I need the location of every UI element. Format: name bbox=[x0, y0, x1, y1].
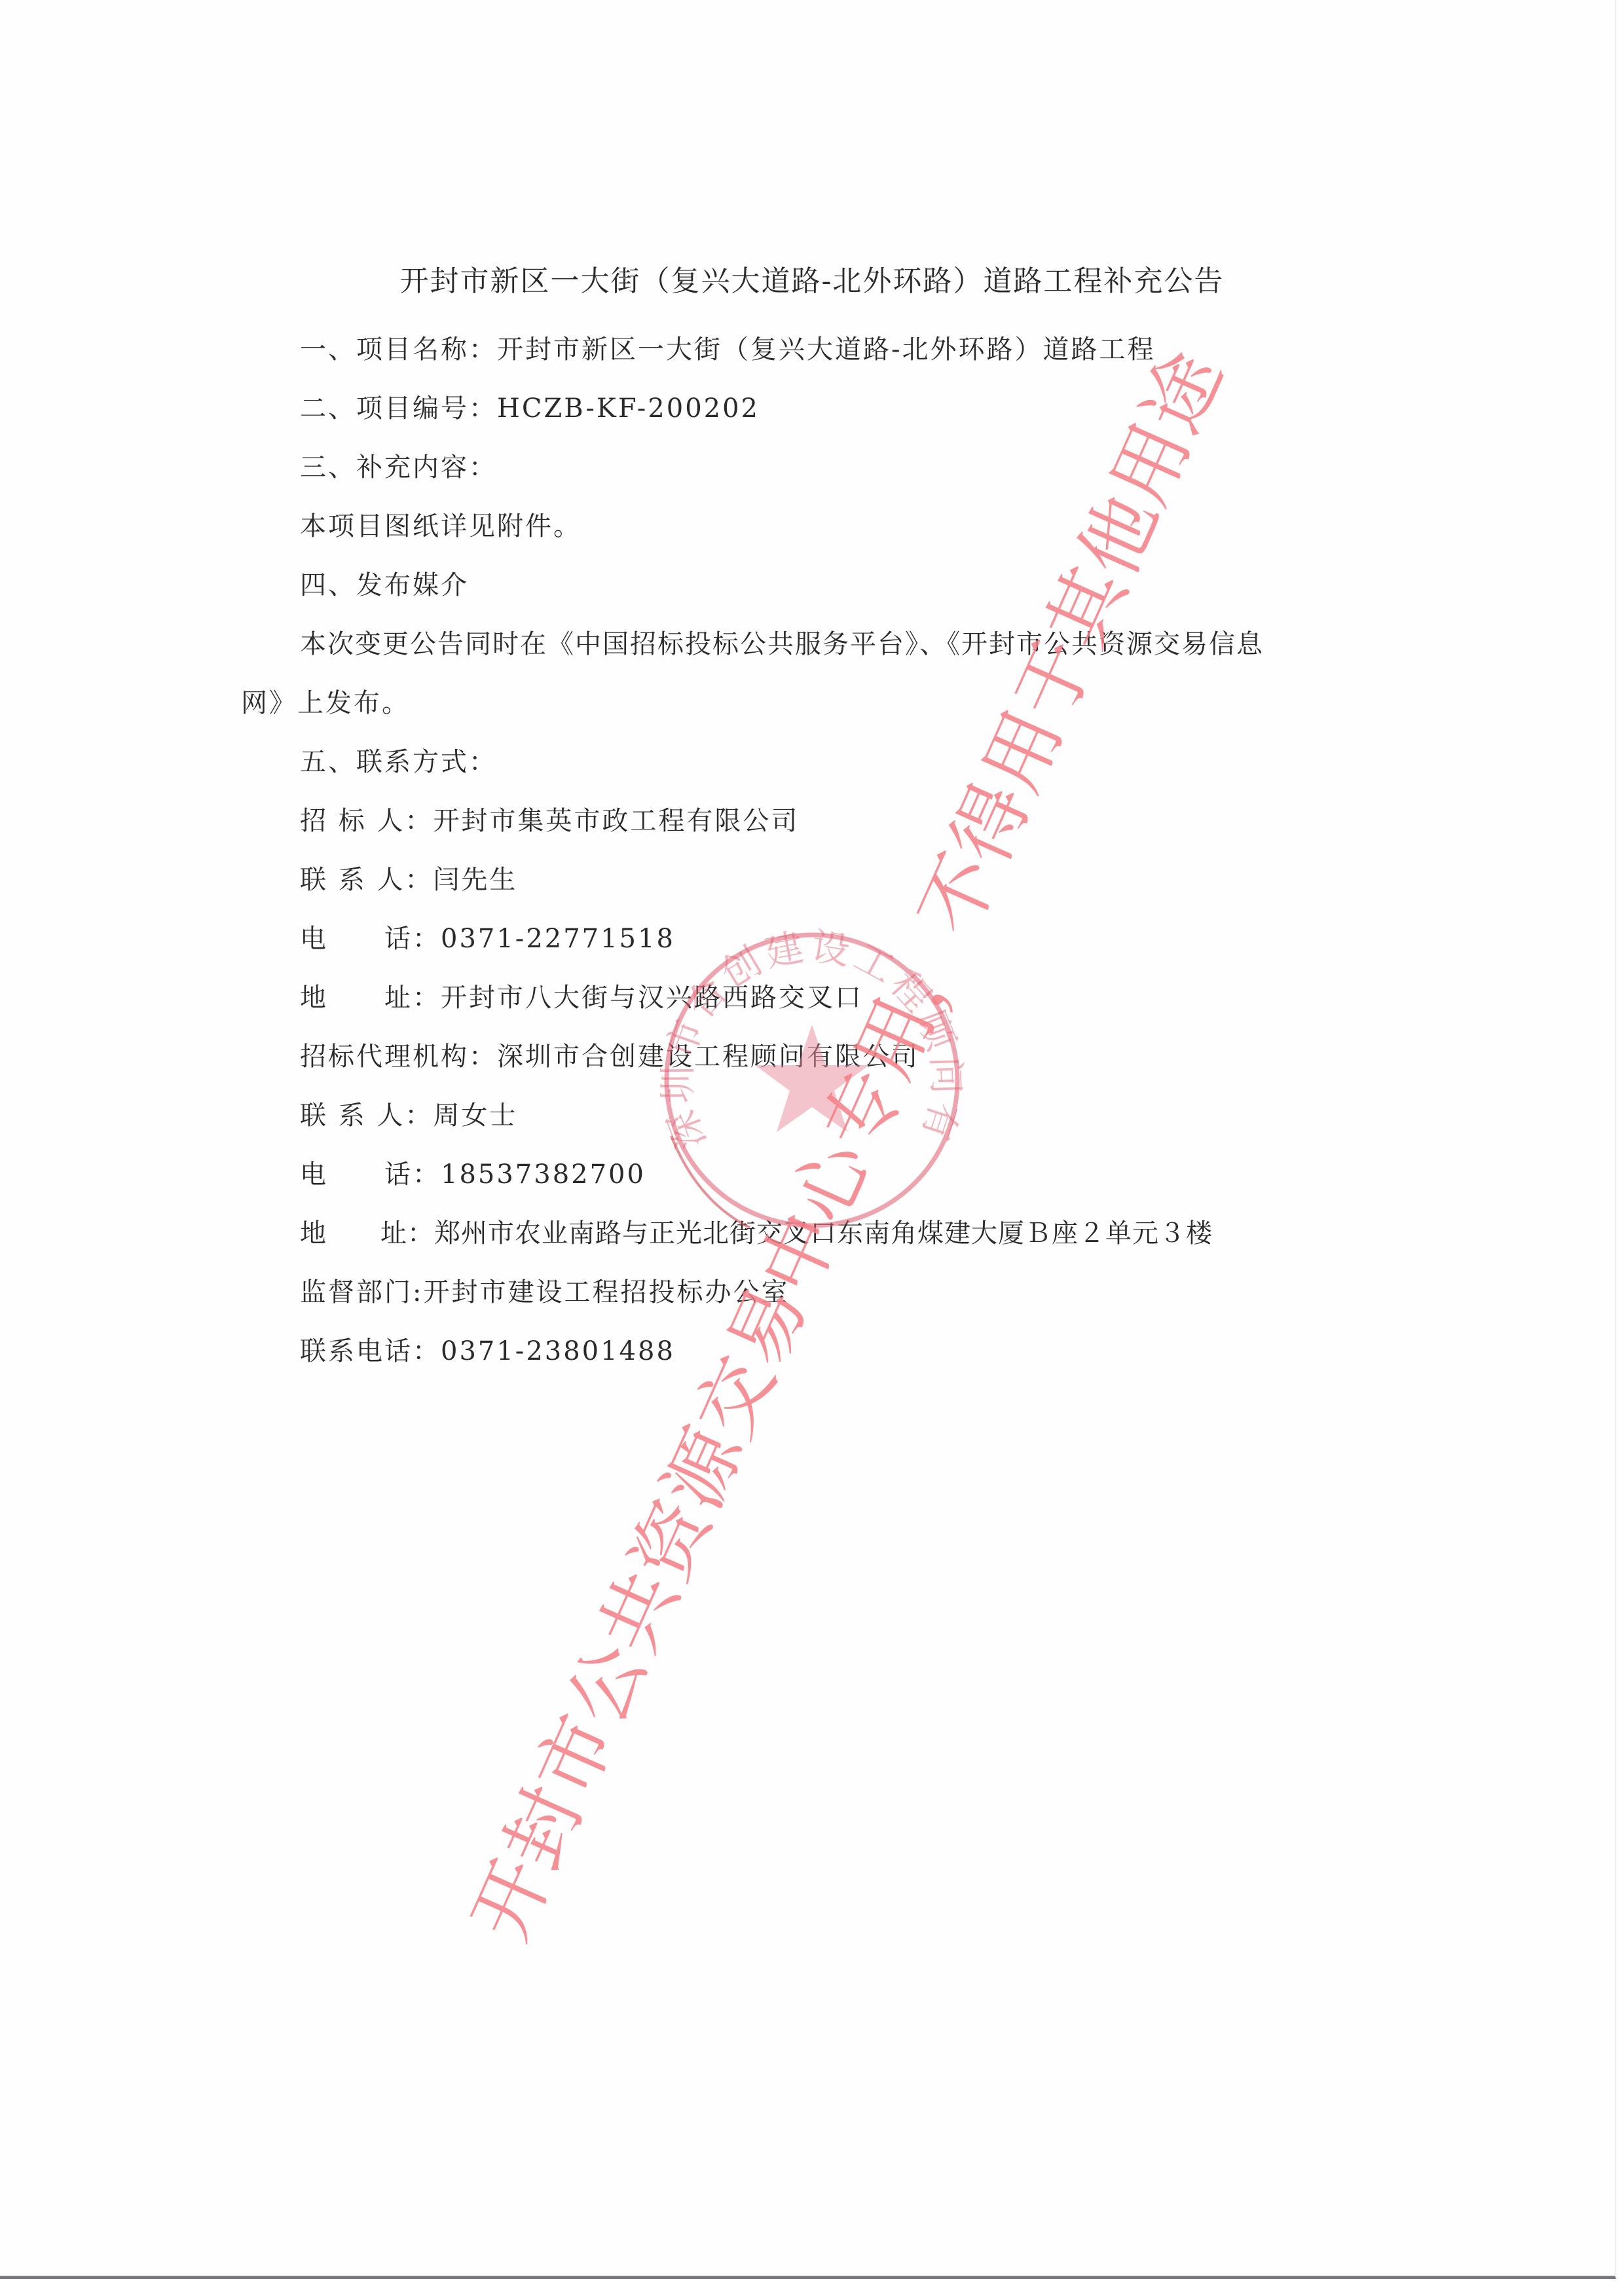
contact-value: 开封市八大街与汉兴路西路交叉口 bbox=[441, 983, 863, 1013]
media-content-line-1: 本次变更公告同时在《中国招标投标公共服务平台》、《开封市公共资源交易信息 bbox=[300, 626, 1264, 663]
supplement-content: 本项目图纸详见附件。 bbox=[300, 508, 581, 545]
contact-label: 电 话： bbox=[300, 924, 441, 954]
contact-tenderer-phone: 电 话：0371-22771518 bbox=[300, 920, 675, 957]
contact-agency: 招标代理机构：深圳市合创建设工程顾问有限公司 bbox=[300, 1038, 919, 1075]
section-project-number: 二、项目编号：HCZB-KF-200202 bbox=[300, 390, 760, 427]
contact-value: 闫先生 bbox=[433, 865, 517, 895]
contact-value: 开封市建设工程招投标办公室 bbox=[423, 1277, 789, 1307]
media-content-line-2: 网》上发布。 bbox=[241, 685, 410, 721]
contact-value: 郑州市农业南路与正光北街交叉口东南角煤建大厦Ｂ座２单元３楼 bbox=[434, 1218, 1213, 1248]
section-contact-heading: 五、联系方式： bbox=[300, 744, 497, 780]
contact-agency-phone: 电 话：18537382700 bbox=[300, 1156, 646, 1193]
section-label: 五、联系方式： bbox=[300, 747, 497, 777]
contact-label: 监督部门: bbox=[300, 1277, 423, 1307]
contact-tenderer-address: 地 址：开封市八大街与汉兴路西路交叉口 bbox=[300, 979, 863, 1016]
contact-tenderer: 招 标 人：开封市集英市政工程有限公司 bbox=[300, 803, 799, 839]
contact-supervisor: 监督部门:开封市建设工程招投标办公室 bbox=[300, 1274, 789, 1311]
document-page: 开封市新区一大街（复兴大道路-北外环路）道路工程补充公告 一、项目名称：开封市新… bbox=[0, 0, 1616, 2279]
contact-label: 联 系 人： bbox=[300, 865, 433, 895]
contact-agency-person: 联 系 人：周女士 bbox=[300, 1097, 517, 1134]
contact-value: 0371-22771518 bbox=[441, 924, 675, 954]
section-label: 一、项目名称： bbox=[300, 335, 497, 365]
contact-label: 招 标 人： bbox=[300, 806, 433, 836]
contact-value: 深圳市合创建设工程顾问有限公司 bbox=[497, 1042, 919, 1072]
contact-label: 招标代理机构： bbox=[300, 1042, 497, 1072]
contact-label: 联系电话： bbox=[300, 1336, 441, 1366]
contact-value: 开封市集英市政工程有限公司 bbox=[433, 806, 799, 836]
contact-value: 18537382700 bbox=[441, 1159, 646, 1190]
contact-supervisor-phone: 联系电话：0371-23801488 bbox=[300, 1333, 675, 1370]
contact-label: 联 系 人： bbox=[300, 1101, 433, 1131]
section-value: 网》上发布。 bbox=[241, 688, 410, 718]
contact-value: 周女士 bbox=[433, 1101, 517, 1131]
contact-label: 地 址： bbox=[300, 1218, 434, 1248]
document-title: 开封市新区一大街（复兴大道路-北外环路）道路工程补充公告 bbox=[0, 262, 1624, 301]
section-project-name: 一、项目名称：开封市新区一大街（复兴大道路-北外环路）道路工程 bbox=[300, 331, 1156, 368]
section-value: 开封市新区一大街（复兴大道路-北外环路）道路工程 bbox=[497, 335, 1156, 365]
section-label: 三、补充内容： bbox=[300, 452, 497, 483]
section-label: 四、发布媒介 bbox=[300, 570, 469, 600]
section-value: 本项目图纸详见附件。 bbox=[300, 511, 581, 541]
contact-value: 0371-23801488 bbox=[441, 1336, 675, 1366]
section-label: 二、项目编号： bbox=[300, 393, 497, 424]
contact-tenderer-person: 联 系 人：闫先生 bbox=[300, 862, 517, 898]
contact-label: 地 址： bbox=[300, 983, 441, 1013]
section-supplement-heading: 三、补充内容： bbox=[300, 449, 497, 486]
section-media-heading: 四、发布媒介 bbox=[300, 567, 469, 604]
section-value: HCZB-KF-200202 bbox=[497, 393, 760, 424]
section-value: 本次变更公告同时在《中国招标投标公共服务平台》、《开封市公共资源交易信息 bbox=[300, 629, 1264, 659]
contact-label: 电 话： bbox=[300, 1159, 441, 1190]
contact-agency-address: 地 址：郑州市农业南路与正光北街交叉口东南角煤建大厦Ｂ座２单元３楼 bbox=[300, 1215, 1213, 1252]
